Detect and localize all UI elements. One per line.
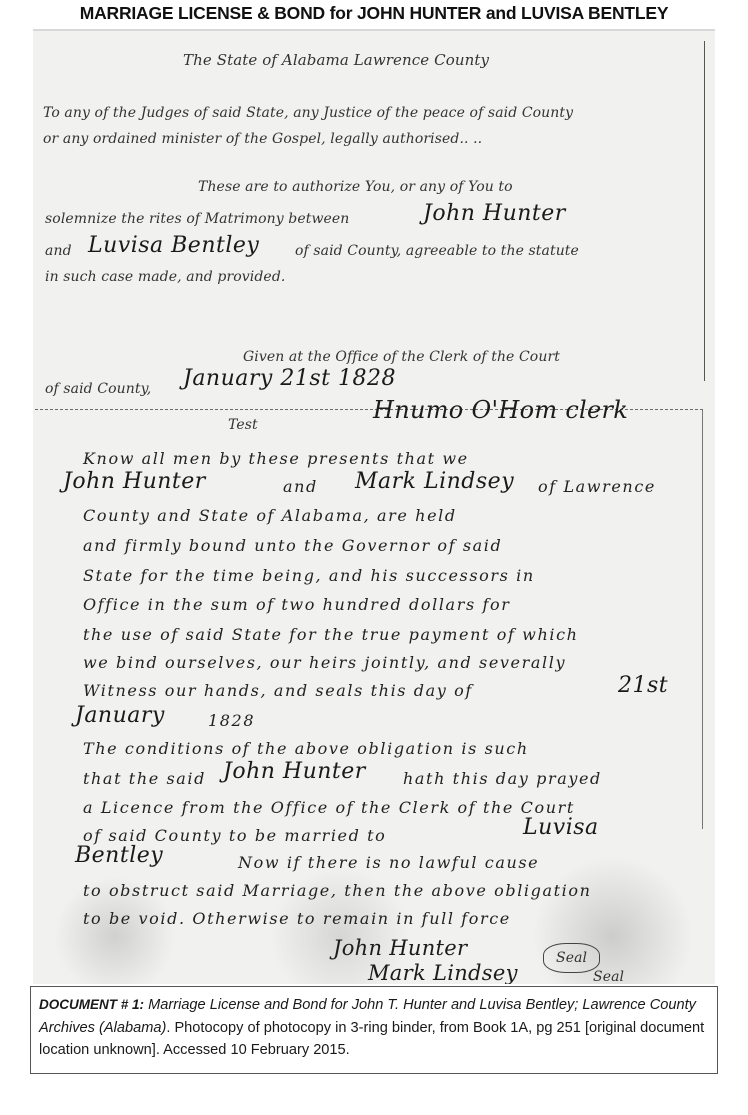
bond-line: that the said <box>83 769 206 788</box>
bond-month: January <box>75 703 165 728</box>
license-line: of said County, <box>45 381 151 397</box>
bond-line: the use of said State for the true payme… <box>83 625 579 644</box>
license-line: These are to authorize You, or any of Yo… <box>198 179 513 195</box>
bond-line: hath this day prayed <box>403 769 602 788</box>
bond-line: Office in the sum of two hundred dollars… <box>83 595 510 614</box>
bond-line: Witness our hands, and seals this day of <box>83 681 473 700</box>
bond-line: a Licence from the Office of the Clerk o… <box>83 798 575 817</box>
bond-principal-repeat: John Hunter <box>223 759 366 784</box>
bond-line: Know all men by these presents that we <box>83 449 469 468</box>
bond-surety: Mark Lindsey <box>355 469 514 494</box>
bond-line: The conditions of the above obligation i… <box>83 739 529 758</box>
bond-line: to be void. Otherwise to remain in full … <box>83 909 511 928</box>
bond-line: of Lawrence <box>538 477 656 496</box>
license-line: solemnize the rites of Matrimony between <box>45 211 349 227</box>
bond-line: and firmly bound unto the Governor of sa… <box>83 536 502 555</box>
bond-line: 1828 <box>208 711 255 730</box>
seal-1: Seal <box>543 943 600 973</box>
document-scan-image: The State of Alabama Lawrence County To … <box>33 29 715 984</box>
bond-line: State for the time being, and his succes… <box>83 566 535 585</box>
attest-label: Test <box>228 417 258 433</box>
document-caption: DOCUMENT # 1: Marriage License and Bond … <box>30 986 718 1074</box>
clerk-signature: Hnumo O'Hom clerk <box>373 396 628 424</box>
license-line: and <box>45 243 72 259</box>
bond-bride-first: Luvisa <box>523 815 599 840</box>
license-date: January 21st 1828 <box>183 366 396 391</box>
license-line: of said County, agreeable to the statute <box>295 243 579 259</box>
bond-bride-last: Bentley <box>75 843 163 868</box>
groom-name: John Hunter <box>423 201 566 226</box>
signature-mark-lindsey: Mark Lindsey <box>368 961 518 984</box>
bond-line: and <box>283 477 318 496</box>
license-heading: The State of Alabama Lawrence County <box>183 51 489 69</box>
license-line: Given at the Office of the Clerk of the … <box>243 349 560 365</box>
license-line: or any ordained minister of the Gospel, … <box>43 131 482 147</box>
bride-name: Luvisa Bentley <box>88 233 259 258</box>
bond-line: County and State of Alabama, are held <box>83 506 457 525</box>
bond-line: to obstruct said Marriage, then the abov… <box>83 881 592 900</box>
bond-principal: John Hunter <box>63 469 206 494</box>
bond-day: 21st <box>618 673 668 698</box>
bond-line: Now if there is no lawful cause <box>238 853 539 872</box>
page-title: MARRIAGE LICENSE & BOND for JOHN HUNTER … <box>0 3 748 24</box>
license-line: in such case made, and provided. <box>45 269 285 285</box>
signature-john-hunter: John Hunter <box>333 936 467 960</box>
license-line: To any of the Judges of said State, any … <box>43 105 573 121</box>
seal-2: Seal <box>593 969 624 984</box>
bond-line: we bind ourselves, our heirs jointly, an… <box>83 653 566 672</box>
scan-margin-rule <box>704 41 705 381</box>
caption-label: DOCUMENT # 1: <box>39 997 144 1012</box>
